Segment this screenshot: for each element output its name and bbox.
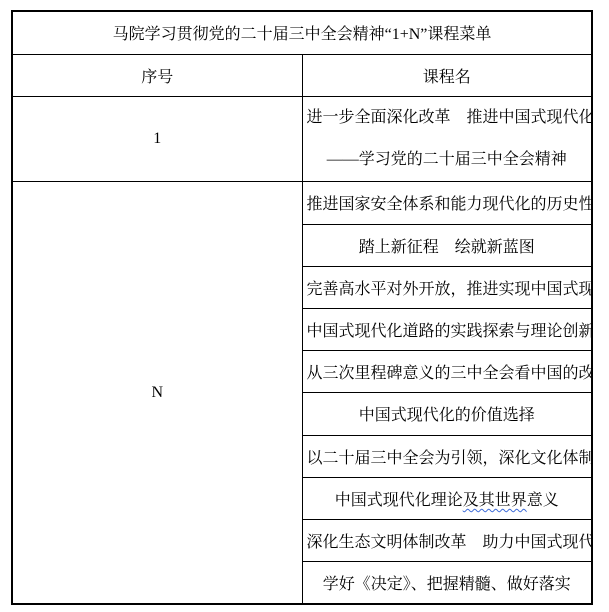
course-cell: 学好《决定》、把握精髓、做好落实 xyxy=(302,562,592,604)
course-cell: 从三次里程碑意义的三中全会看中国的改革历程 xyxy=(302,351,592,393)
title-row: 马院学习贯彻党的二十届三中全会精神“1+N”课程菜单 xyxy=(12,11,592,54)
course-text-prefix: 中国式现代化理论 xyxy=(335,492,463,509)
header-row: 序号 课程名 xyxy=(12,54,592,96)
spellcheck-underlined-text: 及其世界 xyxy=(463,492,527,509)
header-cell-course: 课程名 xyxy=(302,54,592,96)
course-cell: 中国式现代化的价值选择 xyxy=(302,393,592,435)
course-cell: 中国式现代化道路的实践探索与理论创新 xyxy=(302,308,592,350)
course-menu-table: 马院学习贯彻党的二十届三中全会精神“1+N”课程菜单 序号 课程名 1 进一步全… xyxy=(11,10,593,605)
course-cell: 中国式现代化理论及其世界意义 xyxy=(302,477,592,519)
course-cell: 进一步全面深化改革 推进中国式现代化 ——学习党的二十届三中全会精神 xyxy=(302,96,592,181)
course-cell: 踏上新征程 绘就新蓝图 xyxy=(302,224,592,266)
table-row: N 推进国家安全体系和能力现代化的历史性纲领 xyxy=(12,182,592,224)
course-title-line-2: ——学习党的二十届三中全会精神 xyxy=(307,139,588,181)
course-cell: 推进国家安全体系和能力现代化的历史性纲领 xyxy=(302,182,592,224)
course-text-suffix: 意义 xyxy=(527,492,559,509)
row-index-cell: 1 xyxy=(12,96,302,181)
row-index-cell: N xyxy=(12,182,302,604)
header-cell-index: 序号 xyxy=(12,54,302,96)
table-row: 1 进一步全面深化改革 推进中国式现代化 ——学习党的二十届三中全会精神 xyxy=(12,96,592,181)
course-cell: 完善高水平对外开放，推进实现中国式现代化 xyxy=(302,266,592,308)
table-title: 马院学习贯彻党的二十届三中全会精神“1+N”课程菜单 xyxy=(12,11,592,54)
course-title-line-1: 进一步全面深化改革 推进中国式现代化 xyxy=(307,97,588,139)
document-page: 马院学习贯彻党的二十届三中全会精神“1+N”课程菜单 序号 课程名 1 进一步全… xyxy=(0,0,609,612)
course-cell: 深化生态文明体制改革 助力中国式现代化实现 xyxy=(302,519,592,561)
course-cell: 以二十届三中全会为引领，深化文化体制机制改革 xyxy=(302,435,592,477)
